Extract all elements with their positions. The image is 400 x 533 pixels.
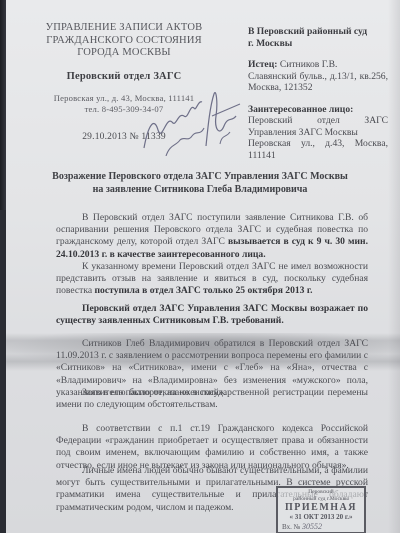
paragraph-3: Перовский отдел ЗАГС Управления ЗАГС Мос… <box>56 303 368 327</box>
title-line-2: на заявление Ситникова Глеба Владимирови… <box>40 183 360 196</box>
sender-org-line-2: гражданского состояния <box>40 35 208 48</box>
stamp-in-number: 30552 <box>302 522 322 531</box>
scan-smudge <box>6 333 400 371</box>
stamp-in-label: Вх. № <box>282 523 300 531</box>
court-reception-stamp: Перовский районный суд г.Москвы ПРИЕМНАЯ… <box>276 486 366 533</box>
stamp-incoming-number: Вх. № 30552 <box>278 522 364 532</box>
title-line-1: Возражение Перовского отдела ЗАГС Управл… <box>40 170 360 183</box>
stamp-line-1: Перовский <box>278 489 364 495</box>
p3-bold-text: Перовский отдел ЗАГС Управления ЗАГС Мос… <box>56 303 368 326</box>
document-title: Возражение Перовского отдела ЗАГС Управл… <box>40 170 360 196</box>
plaintiff-label: Истец: <box>248 59 277 70</box>
interested-party-address: Перовская ул., д.43, Москва, 111141 <box>248 138 388 161</box>
paragraph-1: В Перовский отдел ЗАГС поступили заявлен… <box>56 212 368 261</box>
paragraph-5: Заявителю было отказано в государственно… <box>56 387 368 411</box>
recipient-block: В Перовский районный суд г. Москвы Истец… <box>248 26 388 161</box>
plaintiff-address: Славянский бульв., д.13/1, кв.256, Москв… <box>248 71 388 94</box>
interested-party-block: Заинтересованное лицо: Перовский отдел З… <box>248 104 388 162</box>
plaintiff-block: Истец: Ситников Г.В. Славянский бульв., … <box>248 59 388 94</box>
sender-org-line-3: города Москвы <box>40 47 208 60</box>
plaintiff-name: Ситников Г.В. <box>280 59 338 70</box>
page-shadow <box>388 0 400 533</box>
p5-text: Заявителю было отказано в государственно… <box>56 387 368 411</box>
paragraph-2: К указанному времени Перовский отдел ЗАГ… <box>56 261 368 298</box>
interested-party-label: Заинтересованное лицо: <box>248 104 353 115</box>
court-name-line-1: В Перовский районный суд <box>248 26 388 38</box>
handwritten-signature-icon <box>136 86 246 156</box>
p2-bold-text: поступила в отдел ЗАГС только 25 октября… <box>95 285 313 296</box>
stamp-date: « 31 ОКТ 2013 20 г.» <box>278 513 364 522</box>
sender-org-line-1: Управление записи актов <box>40 22 208 35</box>
interested-party-name: Перовский отдел ЗАГС Управления ЗАГС Мос… <box>248 115 388 138</box>
sender-department: Перовский отдел ЗАГС <box>40 71 208 84</box>
court-name-line-2: г. Москвы <box>248 38 388 50</box>
stamp-title: ПРИЕМНАЯ <box>278 502 364 513</box>
